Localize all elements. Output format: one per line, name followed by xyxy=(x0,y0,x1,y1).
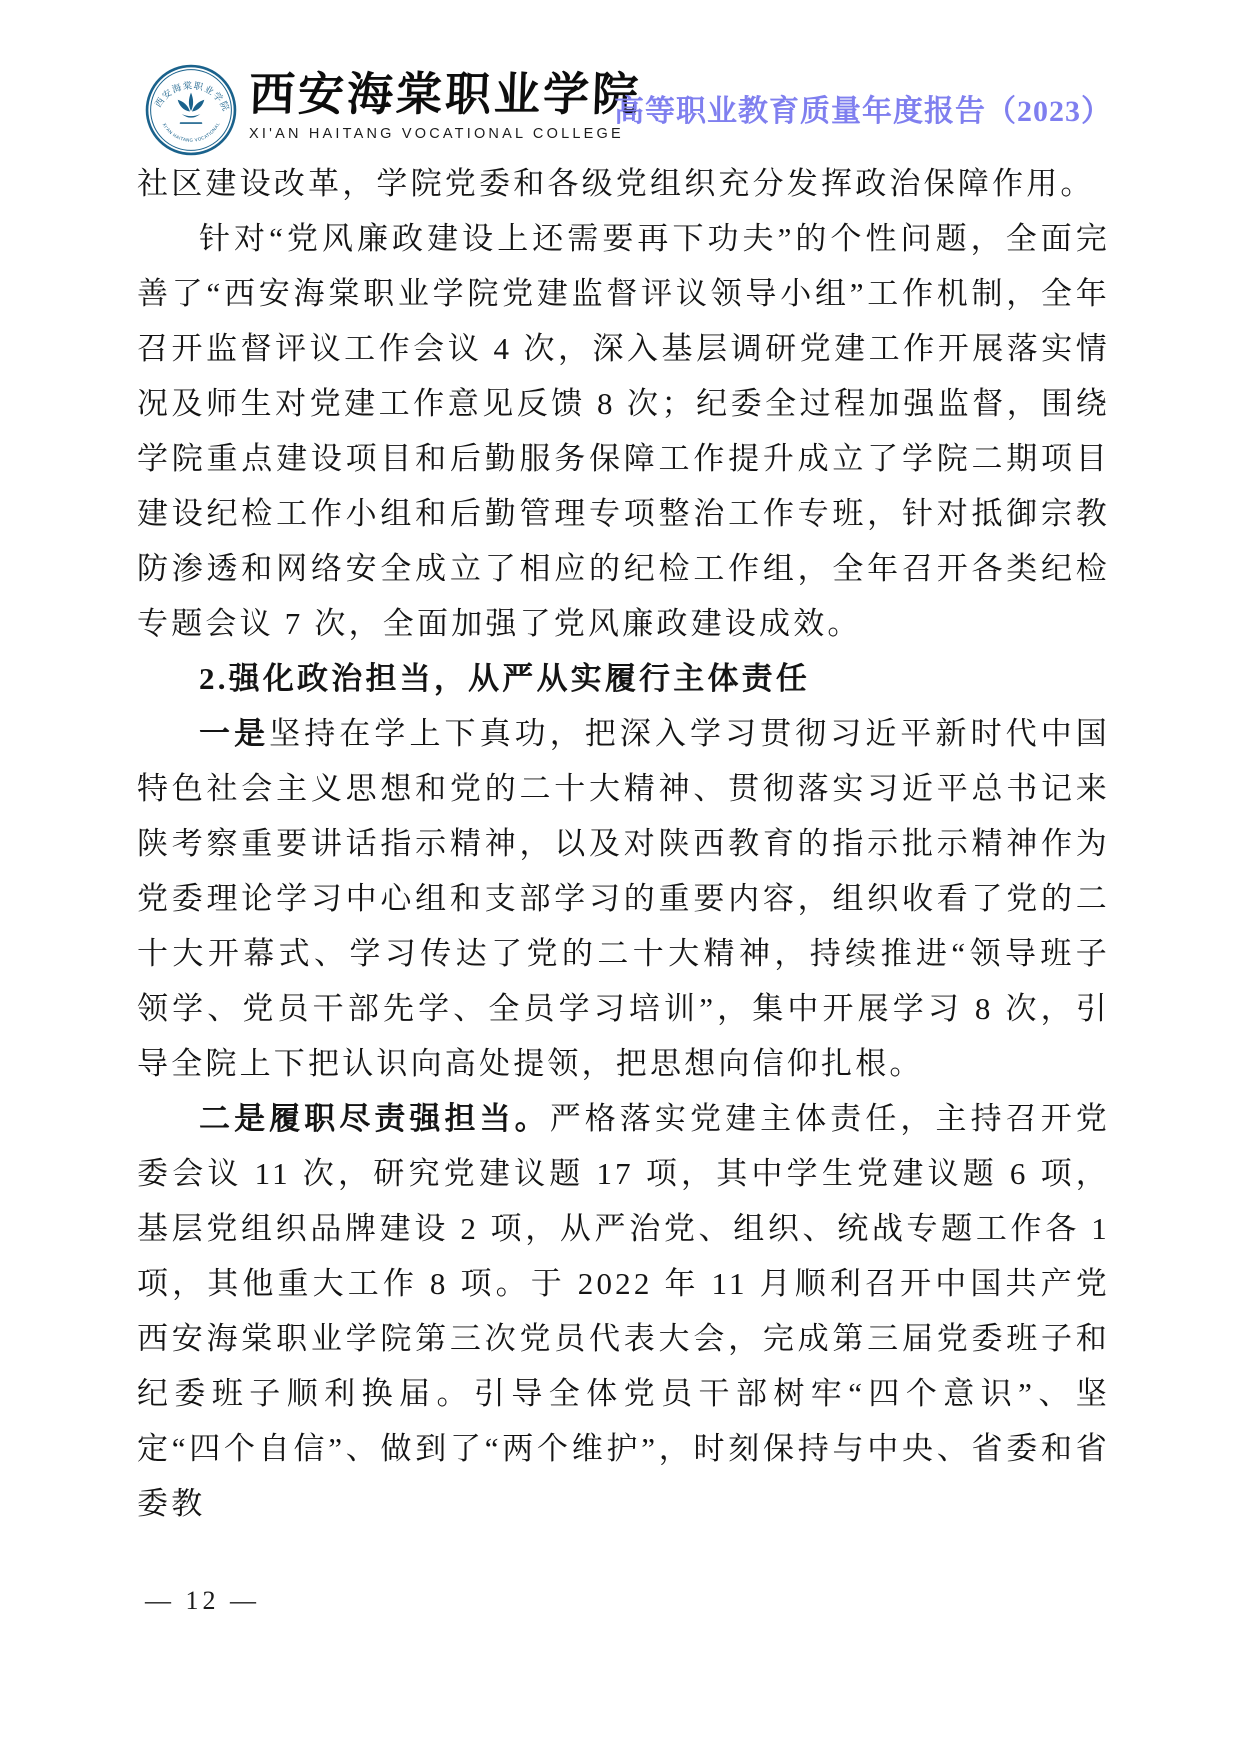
paragraph-second-point-text: 严格落实党建主体责任，主持召开党委会议 11 次，研究党建议题 17 项，其中学… xyxy=(137,1101,1110,1521)
college-name-english: XI'AN HAITANG VOCATIONAL COLLEGE xyxy=(249,126,649,142)
paragraph-second-point: 二是履职尽责强担当。严格落实党建主体责任，主持召开党委会议 11 次，研究党建议… xyxy=(137,1091,1110,1531)
paragraph-continuation: 社区建设改革，学院党委和各级党组织充分发挥政治保障作用。 xyxy=(137,156,1110,211)
paragraph-discipline-inspection: 针对“党风廉政建设上还需要再下功夫”的个性问题，全面完善了“西安海棠职业学院党建… xyxy=(137,211,1110,651)
document-body: 社区建设改革，学院党委和各级党组织充分发挥政治保障作用。 针对“党风廉政建设上还… xyxy=(137,156,1110,1531)
document-page: 西安海棠职业学院 XI'AN HAITANG VOCATIONAL COLLEG… xyxy=(0,0,1240,1754)
section-heading-2: 2.强化政治担当，从严从实履行主体责任 xyxy=(137,651,1110,706)
page-number: — 12 — xyxy=(145,1586,260,1616)
paragraph-first-point-text: 坚持在学上下真功，把深入学习贯彻习近平新时代中国特色社会主义思想和党的二十大精神… xyxy=(137,716,1110,1081)
paragraph-first-point-lead: 一是 xyxy=(199,716,269,751)
college-seal-icon: 西安海棠职业学院 XI'AN HAITANG VOCATIONAL COLLEG… xyxy=(145,64,237,156)
college-name-block: 西安海棠职业学院 XI'AN HAITANG VOCATIONAL COLLEG… xyxy=(249,66,649,142)
seal-flower-emblem xyxy=(178,93,205,124)
paragraph-second-point-lead: 二是履职尽责强担当。 xyxy=(199,1101,550,1136)
report-title: 高等职业教育质量年度报告（2023） xyxy=(614,86,1112,130)
page-header: 西安海棠职业学院 XI'AN HAITANG VOCATIONAL COLLEG… xyxy=(145,62,1112,162)
college-name-chinese: 西安海棠职业学院 xyxy=(248,66,650,124)
paragraph-first-point: 一是坚持在学上下真功，把深入学习贯彻习近平新时代中国特色社会主义思想和党的二十大… xyxy=(137,706,1110,1091)
